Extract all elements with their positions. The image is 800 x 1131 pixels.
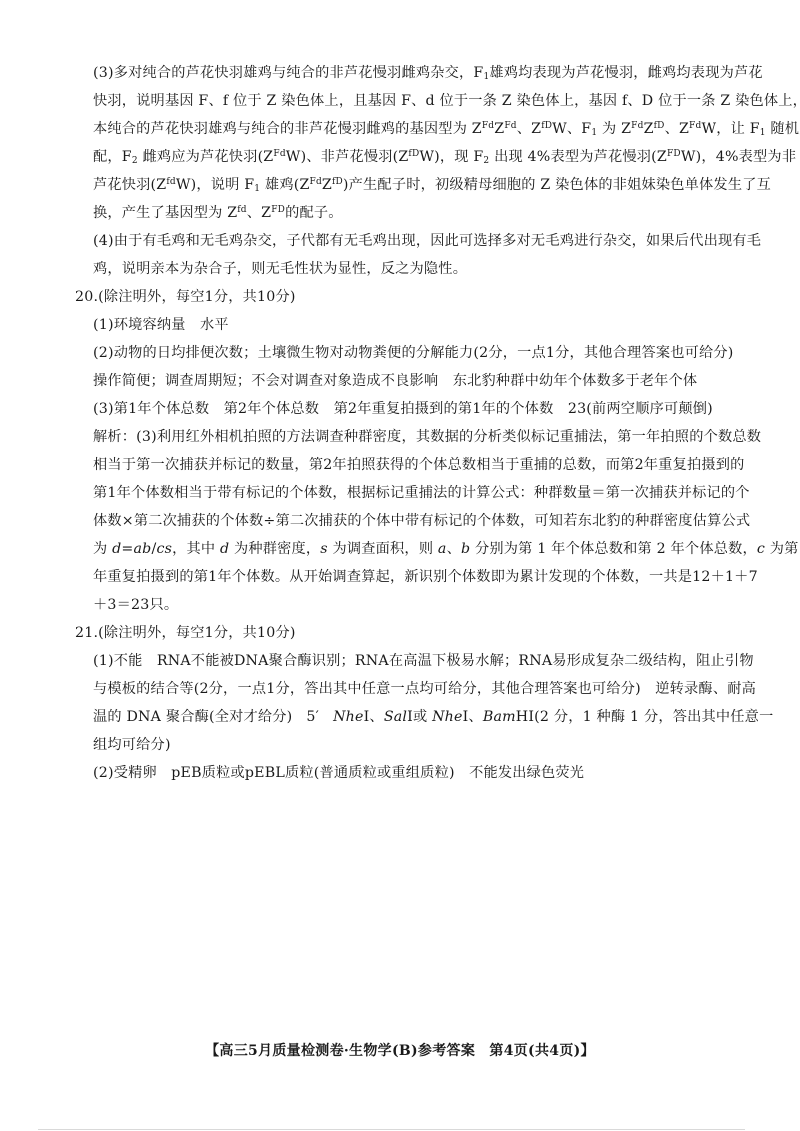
q19-3-line-5: 芦花快羽(ZfdW)，说明 F1 雄鸡(ZFdZfD)产生配子时，初级精母细胞的… [93, 175, 771, 195]
answer-key-page: (3)多对纯合的芦花快羽雄鸡与纯合的非芦花慢羽雌鸡杂交，F1雄鸡均表现为芦花慢羽… [0, 0, 800, 1131]
q20-answer-3: (3)第1年个体总数 第2年个体总数 第2年重复拍摄到的第1年的个体数 23(前… [93, 399, 713, 419]
q20-analysis-line-4: 体数×第二次捕获的个体数÷第二次捕获的个体中带有标记的个体数，可知若东北豹的种群… [93, 511, 750, 531]
q20-header: 20.(除注明外，每空1分，共10分) [75, 287, 296, 307]
q21-answer-1-line-1: (1)不能 RNA不能被DNA聚合酶识别；RNA在高温下极易水解；RNA易形成复… [93, 651, 754, 671]
q20-analysis-line-1: 解析：(3)利用红外相机拍照的方法调查种群密度，其数据的分析类似标记重捕法，第一… [93, 427, 761, 447]
q20-analysis-line-7: ＋3＝23只。 [93, 595, 178, 615]
q21-answer-2: (2)受精卵 pEB质粒或pEBL质粒(普通质粒或重组质粒) 不能发出绿色荧光 [93, 763, 584, 783]
q20-answer-1: (1)环境容纳量 水平 [93, 315, 229, 335]
q21-answer-1-line-2: 与模板的结合等(2分，一点1分，答出其中任意一点均可给分，其他合理答案也可给分)… [93, 679, 756, 699]
q19-4-line-2: 鸡，说明亲本为杂合子，则无毛性状为显性，反之为隐性。 [93, 259, 467, 279]
q20-answer-2b: 操作简便；调查周期短；不会对调查对象造成不良影响 东北豹种群中幼年个体数多于老年… [93, 371, 697, 391]
q21-header: 21.(除注明外，每空1分，共10分) [75, 623, 296, 643]
q20-analysis-line-3: 第1年个体数相当于带有标记的个体数，根据标记重捕法的计算公式：种群数量＝第一次捕… [93, 483, 750, 503]
bottom-divider [38, 1129, 745, 1130]
q19-3-line-3: 本纯合的芦花快羽雄鸡与纯合的非芦花慢羽雌鸡的基因型为 ZFdZFd、ZfDW、F… [93, 119, 800, 139]
q20-answer-2a: (2)动物的日均排便次数；土壤微生物对动物粪便的分解能力(2分，一点1分，其他合… [93, 343, 734, 363]
q19-4-line-1: (4)由于有毛鸡和无毛鸡杂交，子代都有无毛鸡出现，因此可选择多对无毛鸡进行杂交，… [93, 231, 761, 251]
q21-answer-1-line-3: 温的 DNA 聚合酶(全对才给分)5′NheⅠ、SalⅠ或 NheⅠ、BamHⅠ… [93, 707, 773, 727]
q21-answer-1-line-4: 组均可给分) [93, 735, 171, 755]
q20-analysis-line-6: 年重复拍摄到的第1年个体数。从开始调查算起，新识别个体数即为累计发现的个体数，一… [93, 567, 758, 587]
q20-analysis-line-5: 为 d=ab/cs，其中 d 为种群密度，s 为调查面积，则 a、b 分别为第 … [93, 539, 800, 559]
page-footer: 【高三5月质量检测卷·生物学(B)参考答案 第4页(共4页)】 [0, 1040, 800, 1060]
q19-3-line-1: (3)多对纯合的芦花快羽雄鸡与纯合的非芦花慢羽雌鸡杂交，F1雄鸡均表现为芦花慢羽… [93, 63, 763, 83]
q19-3-line-6: 换，产生了基因型为 Zfd、ZFD的配子。 [93, 203, 343, 223]
q19-3-line-4: 配，F2 雌鸡应为芦花快羽(ZFdW)、非芦花慢羽(ZfDW)，现 F2 出现 … [93, 147, 796, 167]
q19-3-line-2: 快羽，说明基因 F、f 位于 Z 染色体上，且基因 F、d 位于一条 Z 染色体… [93, 91, 800, 111]
q20-analysis-line-2: 相当于第一次捕获并标记的数量，第2年拍照获得的个体总数相当于重捕的总数，而第2年… [93, 455, 745, 475]
